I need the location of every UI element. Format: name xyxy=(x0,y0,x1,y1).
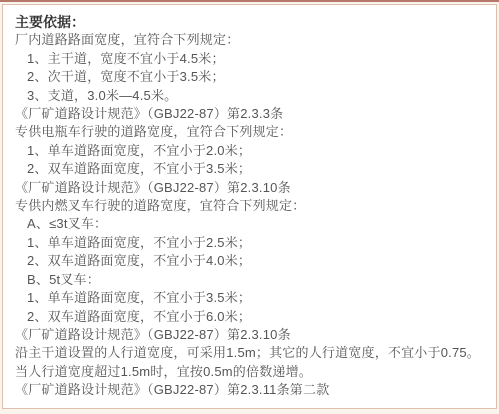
text-line: 2、双车道路面宽度，不宜小于3.5米； xyxy=(15,160,484,178)
text-line: 1、单车道路面宽度，不宜小于2.5米； xyxy=(15,234,484,252)
text-line: 厂内道路路面宽度，宜符合下列规定： xyxy=(15,31,484,49)
text-line: 1、单车道路面宽度，不宜小于3.5米； xyxy=(15,289,484,307)
text-line: A、≤3t叉车： xyxy=(15,215,484,233)
text-line: 专供电瓶车行驶的道路宽度，宜符合下列规定： xyxy=(15,123,484,141)
text-line: 2、双车道路面宽度，不宜小于4.0米； xyxy=(15,252,484,270)
text-line: 《厂矿道路设计规范》（GBJ22-87）第2.3.11条第二款 xyxy=(15,381,484,399)
top-accent-line xyxy=(0,0,499,2)
document-title: 主要依据： xyxy=(15,13,484,31)
text-line: 2、次干道，宽度不宜小于3.5米； xyxy=(15,68,484,86)
text-line: 《厂矿道路设计规范》（GBJ22-87）第2.3.10条 xyxy=(15,326,484,344)
text-line: 1、单车道路面宽度，不宜小于2.0米； xyxy=(15,142,484,160)
text-line: 专供内燃叉车行驶的道路宽度，宜符合下列规定： xyxy=(15,197,484,215)
text-line: 《厂矿道路设计规范》（GBJ22-87）第2.3.10条 xyxy=(15,179,484,197)
text-line: 2、双车道路面宽度，不宜小于6.0米； xyxy=(15,308,484,326)
text-line: 《厂矿道路设计规范》（GBJ22-87）第2.3.3条 xyxy=(15,105,484,123)
text-line: 1、主干道，宽度不宜小于4.5米； xyxy=(15,50,484,68)
text-line: B、5t叉车： xyxy=(15,271,484,289)
document-card: 主要依据： 厂内道路路面宽度，宜符合下列规定：1、主干道，宽度不宜小于4.5米；… xyxy=(2,4,497,409)
text-line: 沿主干道设置的人行道宽度，可采用1.5m；其它的人行道宽度，不宜小于0.75。当… xyxy=(15,344,484,381)
text-line: 3、支道，3.0米—4.5米。 xyxy=(15,87,484,105)
document-body: 厂内道路路面宽度，宜符合下列规定：1、主干道，宽度不宜小于4.5米；2、次干道，… xyxy=(15,31,484,399)
